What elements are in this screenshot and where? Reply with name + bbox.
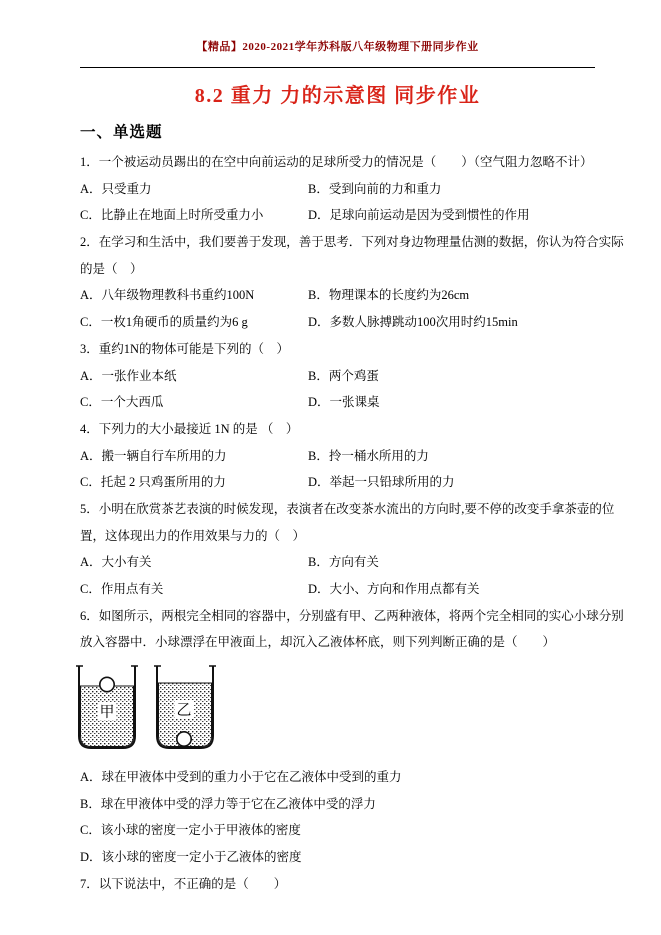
sunken-ball	[177, 732, 191, 746]
question-text: 3．重约1N的物体可能是下列的（ ）	[80, 336, 595, 363]
options: A．大小有关 B．方向有关 C．作用点有关 D．大小、方向和作用点都有关	[80, 549, 595, 602]
question-text: 2．在学习和生活中，我们要善于发现，善于思考．下列对身边物理量估测的数据，你认为…	[80, 229, 595, 256]
section-heading: 一、单选题	[80, 123, 595, 143]
question-text-continued: 的是（ ）	[80, 256, 595, 283]
question-text: 7．以下说法中，不正确的是（ ）	[80, 871, 595, 898]
question-text: 5．小明在欣赏茶艺表演的时候发现，表演者在改变茶水流出的方向时,要不停的改变手拿…	[80, 496, 595, 523]
option-b: B．两个鸡蛋	[308, 363, 595, 390]
question-list: 1．一个被运动员踢出的在空中向前运动的足球所受力的情况是（ ）（空气阻力忽略不计…	[80, 149, 595, 898]
option-b: B．物理课本的长度约为26cm	[308, 282, 595, 309]
option-c: C．一枚1角硬币的质量约为6 g	[80, 309, 308, 336]
options: A．只受重力 B．受到向前的力和重力 C．比静止在地面上时所受重力小 D．足球向…	[80, 176, 595, 229]
beaker-diagram: 甲 乙	[76, 656, 595, 764]
floating-ball	[100, 677, 114, 691]
question-block-3: 3．重约1N的物体可能是下列的（ ） A．一张作业本纸 B．两个鸡蛋 C．一个大…	[80, 336, 595, 416]
two-beakers-figure: 甲 乙	[76, 662, 218, 754]
options: A．一张作业本纸 B．两个鸡蛋 C．一个大西瓜 D．一张课桌	[80, 363, 595, 416]
page-title: 8.2 重力 力的示意图 同步作业	[80, 83, 595, 109]
option-a: A．球在甲液体中受到的重力小于它在乙液体中受到的重力	[80, 764, 595, 791]
option-c: C．比静止在地面上时所受重力小	[80, 202, 308, 229]
question-text: 1．一个被运动员踢出的在空中向前运动的足球所受力的情况是（ ）（空气阻力忽略不计…	[80, 149, 595, 176]
worksheet-page: 【精品】2020-2021学年苏科版八年级物理下册同步作业 8.2 重力 力的示…	[0, 0, 661, 935]
option-d: D．足球向前运动是因为受到惯性的作用	[308, 202, 595, 229]
option-d: D．该小球的密度一定小于乙液体的密度	[80, 844, 595, 871]
question-block-6: 6．如图所示，两根完全相同的容器中，分别盛有甲、乙两种液体，将两个完全相同的实心…	[80, 603, 595, 871]
option-d: D．大小、方向和作用点都有关	[308, 576, 595, 603]
option-c: C．该小球的密度一定小于甲液体的密度	[80, 817, 595, 844]
options: A．球在甲液体中受到的重力小于它在乙液体中受到的重力 B．球在甲液体中受的浮力等…	[80, 764, 595, 871]
option-b: B．拎一桶水所用的力	[308, 443, 595, 470]
question-text-continued: 置，这体现出力的作用效果与力的（ ）	[80, 523, 595, 550]
option-d: D．举起一只铅球所用的力	[308, 469, 595, 496]
beaker-jia: 甲	[76, 666, 138, 748]
document-header: 【精品】2020-2021学年苏科版八年级物理下册同步作业	[80, 40, 595, 54]
question-text-continued: 放入容器中．小球漂浮在甲液面上，却沉入乙液体杯底，则下列判断正确的是（ ）	[80, 629, 595, 656]
question-block-2: 2．在学习和生活中，我们要善于发现，善于思考．下列对身边物理量估测的数据，你认为…	[80, 229, 595, 336]
header-rule	[80, 67, 595, 68]
question-text: 6．如图所示，两根完全相同的容器中，分别盛有甲、乙两种液体，将两个完全相同的实心…	[80, 603, 595, 630]
label-yi: 乙	[176, 703, 191, 719]
option-c: C．托起 2 只鸡蛋所用的力	[80, 469, 308, 496]
question-block-7: 7．以下说法中，不正确的是（ ）	[80, 871, 595, 898]
options: A．八年级物理教科书重约100N B．物理课本的长度约为26cm C．一枚1角硬…	[80, 282, 595, 335]
option-d: D．一张课桌	[308, 389, 595, 416]
question-text: 4．下列力的大小最接近 1N 的是 （ ）	[80, 416, 595, 443]
option-b: B．方向有关	[308, 549, 595, 576]
beaker-yi: 乙	[154, 666, 216, 748]
option-c: C．作用点有关	[80, 576, 308, 603]
question-block-4: 4．下列力的大小最接近 1N 的是 （ ） A．搬一辆自行车所用的力 B．拎一桶…	[80, 416, 595, 496]
option-a: A．只受重力	[80, 176, 308, 203]
option-a: A．八年级物理教科书重约100N	[80, 282, 308, 309]
option-a: A．搬一辆自行车所用的力	[80, 443, 308, 470]
options: A．搬一辆自行车所用的力 B．拎一桶水所用的力 C．托起 2 只鸡蛋所用的力 D…	[80, 443, 595, 496]
label-jia: 甲	[99, 704, 114, 721]
question-block-5: 5．小明在欣赏茶艺表演的时候发现，表演者在改变茶水流出的方向时,要不停的改变手拿…	[80, 496, 595, 603]
option-b: B．球在甲液体中受的浮力等于它在乙液体中受的浮力	[80, 791, 595, 818]
option-a: A．一张作业本纸	[80, 363, 308, 390]
question-block-1: 1．一个被运动员踢出的在空中向前运动的足球所受力的情况是（ ）（空气阻力忽略不计…	[80, 149, 595, 229]
option-d: D．多数人脉搏跳动100次用时约15min	[308, 309, 595, 336]
option-b: B．受到向前的力和重力	[308, 176, 595, 203]
option-c: C．一个大西瓜	[80, 389, 308, 416]
option-a: A．大小有关	[80, 549, 308, 576]
